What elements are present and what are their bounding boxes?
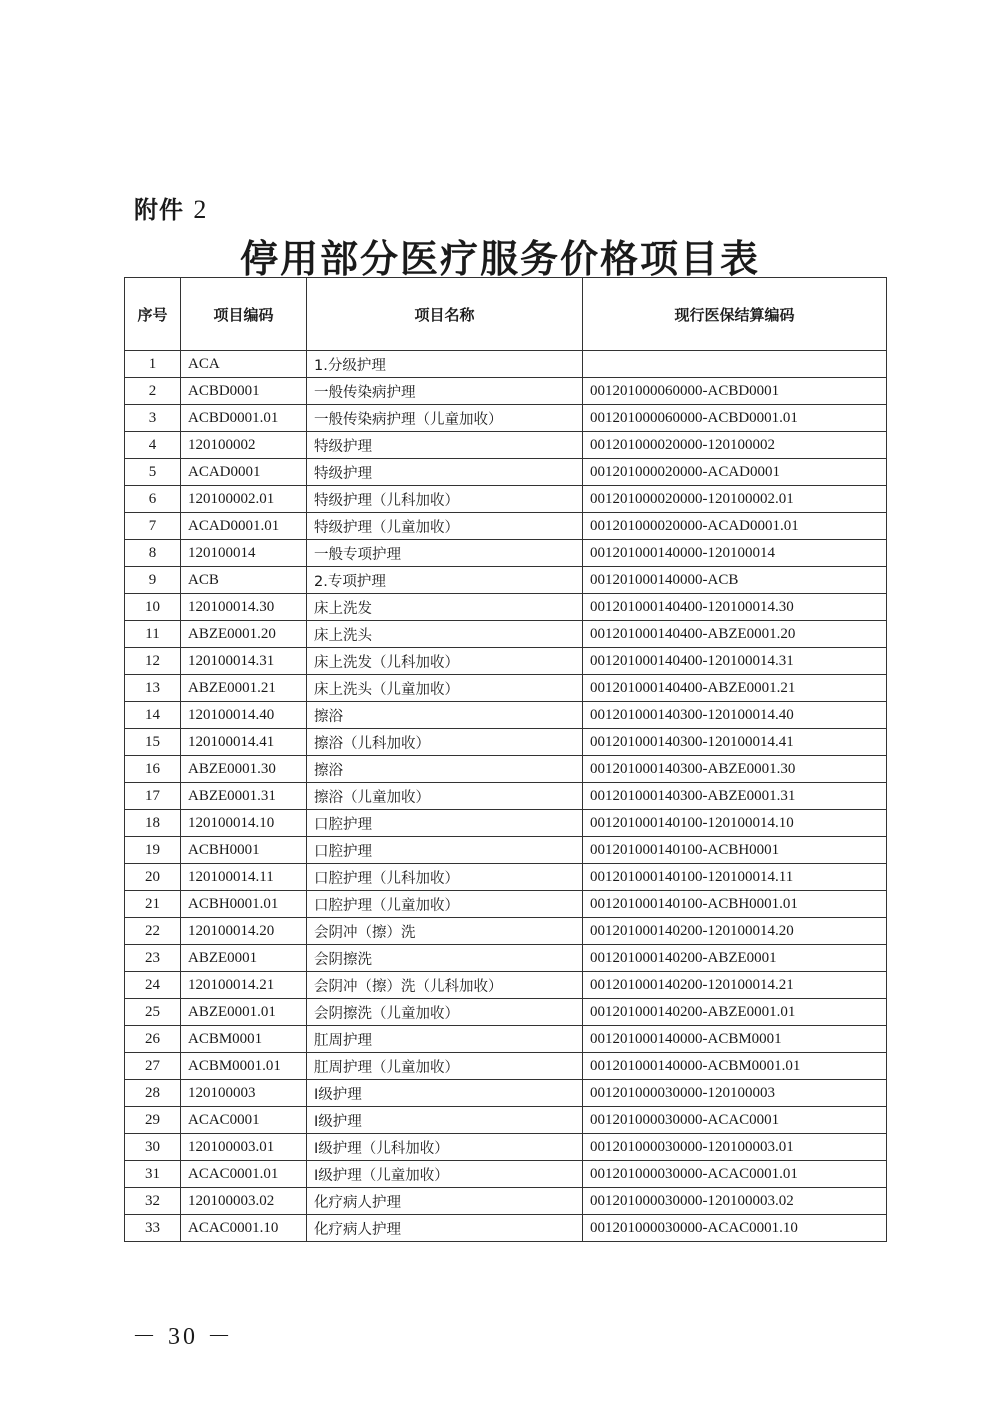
cell-item-code: ACAC0001.01 — [181, 1161, 307, 1188]
cell-item-code: 120100014.30 — [181, 594, 307, 621]
cell-item-name: 口腔护理 — [307, 810, 583, 837]
cell-item-code: 120100014.11 — [181, 864, 307, 891]
cell-item-name: Ⅰ级护理（儿科加收） — [307, 1134, 583, 1161]
cell-settlement-code: 001201000140400-ABZE0001.21 — [583, 675, 887, 702]
cell-item-code: ABZE0001.01 — [181, 999, 307, 1026]
table-row: 15120100014.41擦浴（儿科加收）001201000140300-12… — [125, 729, 887, 756]
cell-seq: 15 — [125, 729, 181, 756]
cell-item-code: ACBM0001 — [181, 1026, 307, 1053]
cell-seq: 25 — [125, 999, 181, 1026]
table-header-row: 序号 项目编码 项目名称 现行医保结算编码 — [125, 278, 887, 351]
cell-seq: 32 — [125, 1188, 181, 1215]
cell-item-name: 口腔护理 — [307, 837, 583, 864]
cell-seq: 23 — [125, 945, 181, 972]
table-row: 7ACAD0001.01特级护理（儿童加收）001201000020000-AC… — [125, 513, 887, 540]
cell-settlement-code: 001201000140200-120100014.20 — [583, 918, 887, 945]
table-row: 9ACB2.专项护理001201000140000-ACB — [125, 567, 887, 594]
attachment-label: 附件 2 — [134, 190, 207, 225]
cell-item-code: 120100014.20 — [181, 918, 307, 945]
cell-item-name: 特级护理 — [307, 432, 583, 459]
cell-item-code: ABZE0001.20 — [181, 621, 307, 648]
cell-item-code: ABZE0001.30 — [181, 756, 307, 783]
cell-item-name: 会阴冲（擦）洗 — [307, 918, 583, 945]
table-row: 26ACBM0001肛周护理001201000140000-ACBM0001 — [125, 1026, 887, 1053]
cell-seq: 5 — [125, 459, 181, 486]
cell-item-code: ACAD0001.01 — [181, 513, 307, 540]
cell-item-code: ABZE0001.21 — [181, 675, 307, 702]
cell-item-code: ACBH0001 — [181, 837, 307, 864]
table-row: 29ACAC0001Ⅰ级护理001201000030000-ACAC0001 — [125, 1107, 887, 1134]
cell-item-name: 会阴擦洗 — [307, 945, 583, 972]
cell-seq: 13 — [125, 675, 181, 702]
cell-item-name: 擦浴 — [307, 702, 583, 729]
cell-item-code: ACAD0001 — [181, 459, 307, 486]
cell-seq: 18 — [125, 810, 181, 837]
cell-item-name: 一般专项护理 — [307, 540, 583, 567]
document-title: 停用部分医疗服务价格项目表 — [0, 228, 1000, 283]
table-row: 25ABZE0001.01会阴擦洗（儿童加收）001201000140200-A… — [125, 999, 887, 1026]
cell-seq: 4 — [125, 432, 181, 459]
table-row: 33ACAC0001.10化疗病人护理001201000030000-ACAC0… — [125, 1215, 887, 1242]
price-items-table: 序号 项目编码 项目名称 现行医保结算编码 1ACA1.分级护理2ACBD000… — [124, 277, 887, 1242]
cell-seq: 33 — [125, 1215, 181, 1242]
cell-item-code: ACB — [181, 567, 307, 594]
cell-item-name: 床上洗发 — [307, 594, 583, 621]
cell-item-code: 120100014.10 — [181, 810, 307, 837]
cell-item-name: 特级护理 — [307, 459, 583, 486]
cell-seq: 6 — [125, 486, 181, 513]
cell-seq: 29 — [125, 1107, 181, 1134]
cell-seq: 11 — [125, 621, 181, 648]
cell-seq: 28 — [125, 1080, 181, 1107]
cell-seq: 21 — [125, 891, 181, 918]
table-row: 11ABZE0001.20床上洗头001201000140400-ABZE000… — [125, 621, 887, 648]
table-row: 3ACBD0001.01一般传染病护理（儿童加收）001201000060000… — [125, 405, 887, 432]
cell-seq: 17 — [125, 783, 181, 810]
cell-settlement-code: 001201000140000-ACBM0001.01 — [583, 1053, 887, 1080]
cell-item-name: 床上洗头 — [307, 621, 583, 648]
cell-seq: 22 — [125, 918, 181, 945]
cell-settlement-code: 001201000030000-ACAC0001 — [583, 1107, 887, 1134]
cell-item-name: 床上洗头（儿童加收） — [307, 675, 583, 702]
table-row: 20120100014.11口腔护理（儿科加收）001201000140100-… — [125, 864, 887, 891]
cell-settlement-code: 001201000020000-120100002 — [583, 432, 887, 459]
cell-settlement-code: 001201000060000-ACBD0001.01 — [583, 405, 887, 432]
cell-settlement-code: 001201000030000-ACAC0001.10 — [583, 1215, 887, 1242]
cell-item-code: 120100002.01 — [181, 486, 307, 513]
table-row: 27ACBM0001.01肛周护理（儿童加收）001201000140000-A… — [125, 1053, 887, 1080]
table-row: 6120100002.01特级护理（儿科加收）001201000020000-1… — [125, 486, 887, 513]
page-number: － 30 － — [132, 1316, 234, 1351]
cell-settlement-code: 001201000140300-120100014.40 — [583, 702, 887, 729]
table-row: 8120100014一般专项护理001201000140000-12010001… — [125, 540, 887, 567]
cell-item-name: 擦浴（儿童加收） — [307, 783, 583, 810]
cell-seq: 19 — [125, 837, 181, 864]
cell-item-code: ACAC0001 — [181, 1107, 307, 1134]
cell-item-name: 特级护理（儿童加收） — [307, 513, 583, 540]
cell-settlement-code: 001201000140000-120100014 — [583, 540, 887, 567]
cell-settlement-code: 001201000030000-120100003.02 — [583, 1188, 887, 1215]
cell-seq: 10 — [125, 594, 181, 621]
cell-item-name: 肛周护理（儿童加收） — [307, 1053, 583, 1080]
cell-item-code: ABZE0001.31 — [181, 783, 307, 810]
table-row: 23ABZE0001会阴擦洗001201000140200-ABZE0001 — [125, 945, 887, 972]
cell-settlement-code: 001201000140100-ACBH0001 — [583, 837, 887, 864]
cell-item-code: 120100014 — [181, 540, 307, 567]
cell-item-code: ACA — [181, 351, 307, 378]
cell-item-name: 擦浴 — [307, 756, 583, 783]
cell-seq: 24 — [125, 972, 181, 999]
cell-item-code: ACBM0001.01 — [181, 1053, 307, 1080]
table-row: 2ACBD0001一般传染病护理001201000060000-ACBD0001 — [125, 378, 887, 405]
cell-item-name: Ⅰ级护理 — [307, 1080, 583, 1107]
cell-settlement-code: 001201000020000-ACAD0001.01 — [583, 513, 887, 540]
cell-settlement-code: 001201000140000-ACBM0001 — [583, 1026, 887, 1053]
cell-item-name: 口腔护理（儿科加收） — [307, 864, 583, 891]
cell-item-name: 擦浴（儿科加收） — [307, 729, 583, 756]
cell-settlement-code: 001201000140300-120100014.41 — [583, 729, 887, 756]
cell-item-code: 120100014.41 — [181, 729, 307, 756]
cell-settlement-code: 001201000140300-ABZE0001.30 — [583, 756, 887, 783]
table-row: 24120100014.21会阴冲（擦）洗（儿科加收）0012010001402… — [125, 972, 887, 999]
cell-seq: 3 — [125, 405, 181, 432]
cell-item-code: 120100014.40 — [181, 702, 307, 729]
table-row: 1ACA1.分级护理 — [125, 351, 887, 378]
cell-settlement-code: 001201000140100-120100014.10 — [583, 810, 887, 837]
cell-seq: 8 — [125, 540, 181, 567]
cell-item-name: 会阴擦洗（儿童加收） — [307, 999, 583, 1026]
cell-item-name: 化疗病人护理 — [307, 1215, 583, 1242]
header-item-code: 项目编码 — [181, 278, 307, 351]
attachment-prefix: 附件 — [134, 196, 184, 224]
header-item-name: 项目名称 — [307, 278, 583, 351]
cell-settlement-code: 001201000140400-ABZE0001.20 — [583, 621, 887, 648]
cell-item-name: 一般传染病护理 — [307, 378, 583, 405]
table-row: 22120100014.20会阴冲（擦）洗001201000140200-120… — [125, 918, 887, 945]
table-row: 5ACAD0001特级护理001201000020000-ACAD0001 — [125, 459, 887, 486]
table-row: 30120100003.01Ⅰ级护理（儿科加收）001201000030000-… — [125, 1134, 887, 1161]
cell-seq: 1 — [125, 351, 181, 378]
cell-item-code: 120100014.21 — [181, 972, 307, 999]
header-seq: 序号 — [125, 278, 181, 351]
cell-seq: 16 — [125, 756, 181, 783]
cell-item-name: 特级护理（儿科加收） — [307, 486, 583, 513]
cell-item-code: 120100002 — [181, 432, 307, 459]
table-row: 28120100003Ⅰ级护理001201000030000-120100003 — [125, 1080, 887, 1107]
cell-seq: 27 — [125, 1053, 181, 1080]
attachment-number: 2 — [193, 195, 207, 224]
cell-item-code: ACBH0001.01 — [181, 891, 307, 918]
cell-item-code: 120100003.01 — [181, 1134, 307, 1161]
cell-item-code: ACAC0001.10 — [181, 1215, 307, 1242]
cell-item-name: 床上洗发（儿科加收） — [307, 648, 583, 675]
cell-settlement-code: 001201000140300-ABZE0001.31 — [583, 783, 887, 810]
cell-seq: 30 — [125, 1134, 181, 1161]
table-row: 31ACAC0001.01Ⅰ级护理（儿童加收）001201000030000-A… — [125, 1161, 887, 1188]
cell-settlement-code — [583, 351, 887, 378]
cell-seq: 2 — [125, 378, 181, 405]
header-settlement-code: 现行医保结算编码 — [583, 278, 887, 351]
cell-settlement-code: 001201000020000-120100002.01 — [583, 486, 887, 513]
cell-item-code: 120100003 — [181, 1080, 307, 1107]
table-row: 13ABZE0001.21床上洗头（儿童加收）001201000140400-A… — [125, 675, 887, 702]
cell-settlement-code: 001201000140100-120100014.11 — [583, 864, 887, 891]
cell-seq: 12 — [125, 648, 181, 675]
cell-settlement-code: 001201000140200-120100014.21 — [583, 972, 887, 999]
cell-settlement-code: 001201000140000-ACB — [583, 567, 887, 594]
cell-item-code: ABZE0001 — [181, 945, 307, 972]
cell-item-code: 120100014.31 — [181, 648, 307, 675]
table-row: 10120100014.30床上洗发001201000140400-120100… — [125, 594, 887, 621]
cell-item-name: 化疗病人护理 — [307, 1188, 583, 1215]
cell-seq: 14 — [125, 702, 181, 729]
cell-item-name: 口腔护理（儿童加收） — [307, 891, 583, 918]
cell-seq: 7 — [125, 513, 181, 540]
cell-seq: 9 — [125, 567, 181, 594]
cell-item-code: 120100003.02 — [181, 1188, 307, 1215]
cell-seq: 26 — [125, 1026, 181, 1053]
cell-settlement-code: 001201000020000-ACAD0001 — [583, 459, 887, 486]
cell-settlement-code: 001201000030000-ACAC0001.01 — [583, 1161, 887, 1188]
cell-item-name: 一般传染病护理（儿童加收） — [307, 405, 583, 432]
cell-item-name: Ⅰ级护理（儿童加收） — [307, 1161, 583, 1188]
cell-item-code: ACBD0001 — [181, 378, 307, 405]
table-row: 16ABZE0001.30擦浴001201000140300-ABZE0001.… — [125, 756, 887, 783]
table-row: 32120100003.02化疗病人护理001201000030000-1201… — [125, 1188, 887, 1215]
cell-item-name: 2.专项护理 — [307, 567, 583, 594]
table-body: 1ACA1.分级护理2ACBD0001一般传染病护理00120100006000… — [125, 351, 887, 1242]
table-row: 14120100014.40擦浴001201000140300-12010001… — [125, 702, 887, 729]
table-row: 19ACBH0001口腔护理001201000140100-ACBH0001 — [125, 837, 887, 864]
cell-settlement-code: 001201000140200-ABZE0001 — [583, 945, 887, 972]
table-row: 17ABZE0001.31擦浴（儿童加收）001201000140300-ABZ… — [125, 783, 887, 810]
table-row: 12120100014.31床上洗发（儿科加收）001201000140400-… — [125, 648, 887, 675]
cell-settlement-code: 001201000140100-ACBH0001.01 — [583, 891, 887, 918]
cell-item-name: Ⅰ级护理 — [307, 1107, 583, 1134]
cell-seq: 20 — [125, 864, 181, 891]
cell-settlement-code: 001201000030000-120100003 — [583, 1080, 887, 1107]
cell-settlement-code: 001201000060000-ACBD0001 — [583, 378, 887, 405]
table-row: 18120100014.10口腔护理001201000140100-120100… — [125, 810, 887, 837]
cell-settlement-code: 001201000140200-ABZE0001.01 — [583, 999, 887, 1026]
cell-settlement-code: 001201000030000-120100003.01 — [583, 1134, 887, 1161]
table-row: 21ACBH0001.01口腔护理（儿童加收）001201000140100-A… — [125, 891, 887, 918]
table-row: 4120100002特级护理001201000020000-120100002 — [125, 432, 887, 459]
cell-settlement-code: 001201000140400-120100014.31 — [583, 648, 887, 675]
cell-item-name: 肛周护理 — [307, 1026, 583, 1053]
cell-item-code: ACBD0001.01 — [181, 405, 307, 432]
cell-item-name: 会阴冲（擦）洗（儿科加收） — [307, 972, 583, 999]
cell-settlement-code: 001201000140400-120100014.30 — [583, 594, 887, 621]
cell-item-name: 1.分级护理 — [307, 351, 583, 378]
cell-seq: 31 — [125, 1161, 181, 1188]
